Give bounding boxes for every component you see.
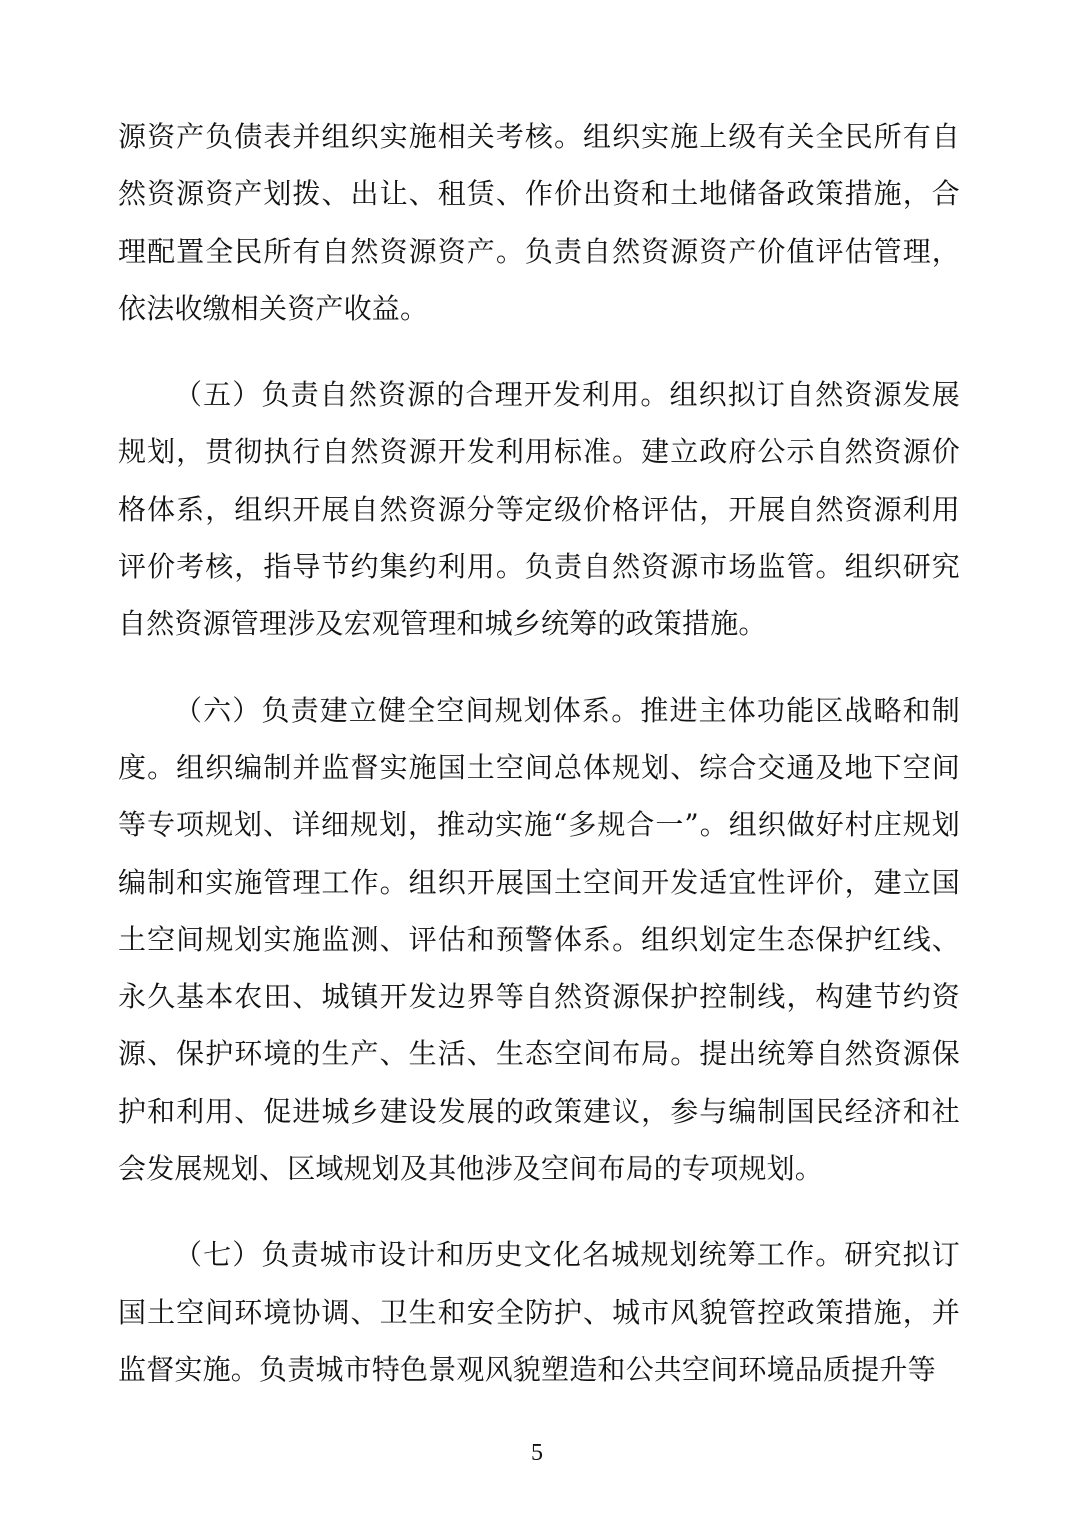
paragraph-item-7: （七）负责城市设计和历史文化名城规划统筹工作。研究拟订国土空间环境协调、卫生和安…: [118, 1226, 960, 1398]
paragraph-item-5: （五）负责自然资源的合理开发利用。组织拟订自然资源发展规划，贯彻执行自然资源开发…: [118, 366, 960, 652]
paragraph-item-6: （六）负责建立健全空间规划体系。推进主体功能区战略和制度。组织编制并监督实施国土…: [118, 682, 960, 1198]
document-page: 源资产负债表并组织实施相关考核。组织实施上级有关全民所有自然资源资产划拨、出让、…: [0, 0, 1074, 1520]
page-number: 5: [0, 1438, 1074, 1468]
document-body: 源资产负债表并组织实施相关考核。组织实施上级有关全民所有自然资源资产划拨、出让、…: [118, 108, 960, 1398]
paragraph-continuation: 源资产负债表并组织实施相关考核。组织实施上级有关全民所有自然资源资产划拨、出让、…: [118, 108, 960, 337]
